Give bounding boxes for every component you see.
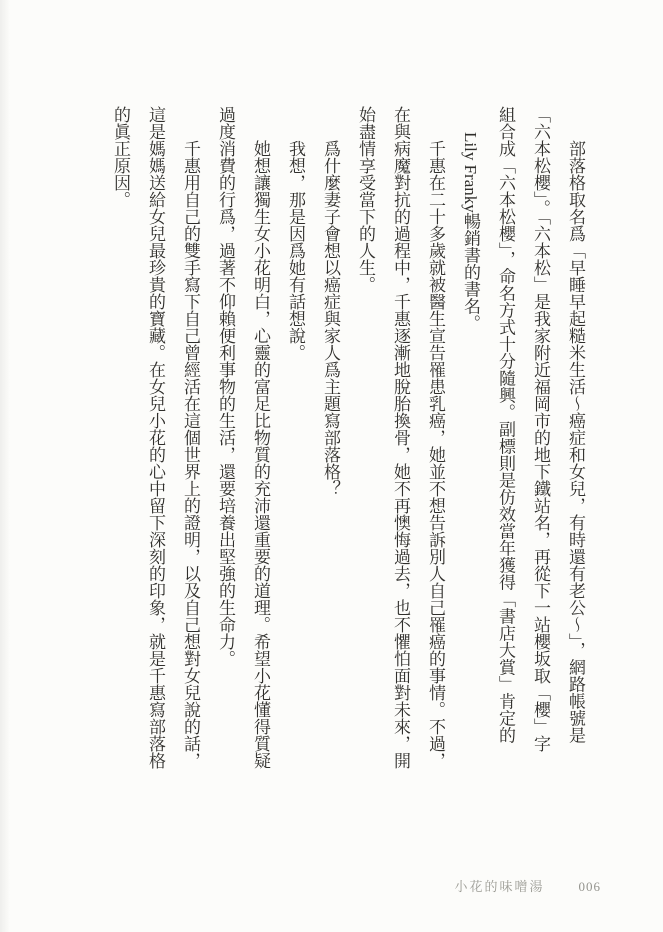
text-column: 組合成「六本松櫻」，命名方式十分隨興。副標則是仿效當年獲得「書店大賞」肯定的 bbox=[488, 106, 523, 798]
text-column: 在與病魔對抗的過程中，千惠逐漸地脫胎換骨，她不再懊悔過去，也不懼怕面對未來，開 bbox=[383, 106, 418, 798]
running-title: 小花的味噌湯 bbox=[454, 876, 544, 895]
book-page: 部落格取名爲「早睡早起糙米生活〜癌症和女兒，有時還有老公〜」，網路帳號是 「六本… bbox=[0, 0, 663, 932]
body-text-block: 部落格取名爲「早睡早起糙米生活〜癌症和女兒，有時還有老公〜」，網路帳號是 「六本… bbox=[103, 106, 593, 798]
text-column: 爲什麼妻子會想以癌症與家人爲主題寫部落格？ bbox=[313, 106, 348, 798]
text-column: 千惠在二十多歲就被醫生宣告罹患乳癌，她並不想告訴別人自己罹癌的事情。不過， bbox=[418, 106, 453, 798]
text-column: 過度消費的行爲，過著不仰賴便利事物的生活，還要培養出堅強的生命力。 bbox=[208, 106, 243, 798]
text-column: 的眞正原因。 bbox=[103, 106, 138, 798]
text-column: 部落格取名爲「早睡早起糙米生活〜癌症和女兒，有時還有老公〜」，網路帳號是 bbox=[558, 106, 593, 798]
text-column: 這是媽媽送給女兒最珍貴的寶藏。在女兒小花的心中留下深刻的印象，就是千惠寫部落格 bbox=[138, 106, 173, 798]
page-footer: 小花的味噌湯 006 bbox=[454, 876, 601, 895]
page-number: 006 bbox=[579, 879, 602, 895]
text-column: 我想，那是因爲她有話想說。 bbox=[278, 106, 313, 798]
text-column: 她想讓獨生女小花明白，心靈的富足比物質的充沛還重要的道理。希望小花懂得質疑 bbox=[243, 106, 278, 798]
text-column: Lily Franky暢銷書的書名。 bbox=[453, 106, 488, 798]
scan-gutter-shading bbox=[0, 0, 10, 932]
text-column: 千惠用自己的雙手寫下自己曾經活在這個世界上的證明，以及自己想對女兒說的話， bbox=[173, 106, 208, 798]
text-column: 始盡情享受當下的人生。 bbox=[348, 106, 383, 798]
text-column: 「六本松櫻」。「六本松」是我家附近福岡市的地下鐵站名，再從下一站櫻坂取「櫻」字 bbox=[523, 106, 558, 798]
